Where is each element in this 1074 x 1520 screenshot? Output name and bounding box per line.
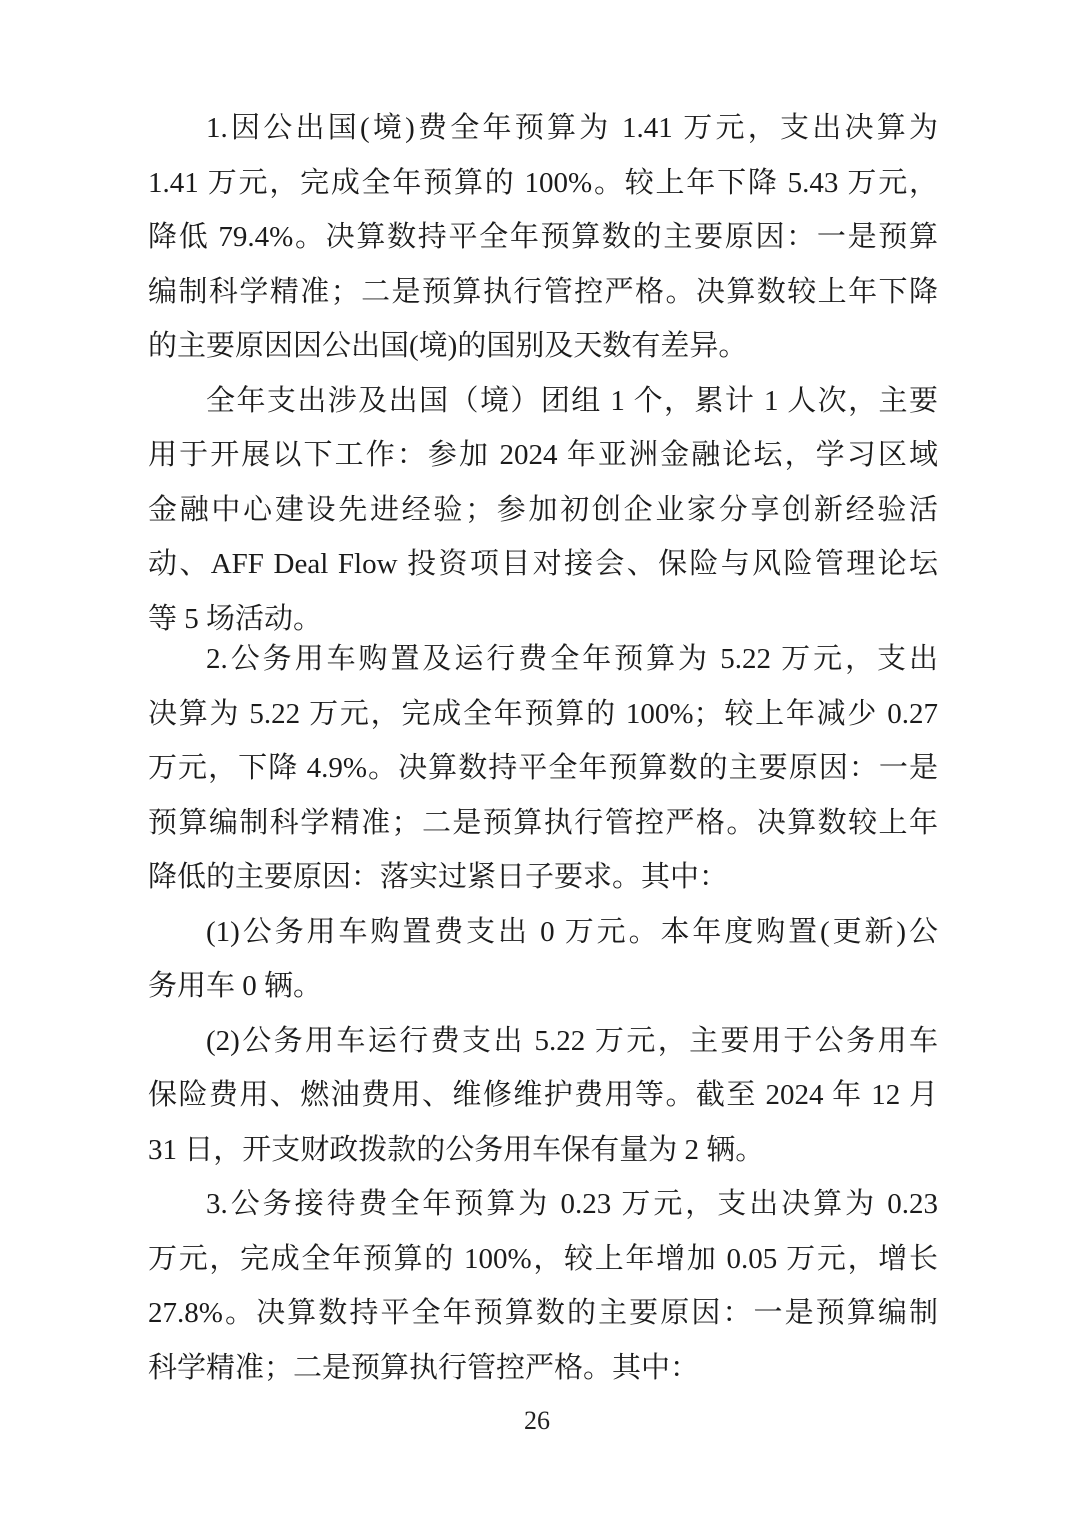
text-line: 保险费用、燃油费用、维修维护费用等。截至 2024 年 12 月 bbox=[148, 1068, 938, 1123]
paragraph: 2.公务用车购置及运行费全年预算为 5.22 万元，支出决算为 5.22 万元，… bbox=[148, 632, 938, 905]
text-line: 万元，下降 4.9%。决算数持平全年预算数的主要原因：一是 bbox=[148, 741, 938, 796]
text-line: 金融中心建设先进经验；参加初创企业家分享创新经验活 bbox=[148, 483, 938, 538]
text-line: (1)公务用车购置费支出 0 万元。本年度购置(更新)公 bbox=[148, 905, 938, 960]
text-line: 27.8%。决算数持平全年预算数的主要原因：一是预算编制 bbox=[148, 1286, 938, 1341]
paragraph: 3.公务接待费全年预算为 0.23 万元，支出决算为 0.23万元，完成全年预算… bbox=[148, 1177, 938, 1395]
text-line: 编制科学精准；二是预算执行管控严格。决算数较上年下降 bbox=[148, 265, 938, 320]
paragraph: (1)公务用车购置费支出 0 万元。本年度购置(更新)公务用车 0 辆。 bbox=[148, 905, 938, 1014]
text-line: 1.因公出国(境)费全年预算为 1.41 万元，支出决算为 bbox=[148, 101, 938, 156]
paragraph: 1.因公出国(境)费全年预算为 1.41 万元，支出决算为1.41 万元，完成全… bbox=[148, 101, 938, 374]
text-line: 动、AFF Deal Flow 投资项目对接会、保险与风险管理论坛 bbox=[148, 537, 938, 592]
text-line: 31 日，开支财政拨款的公务用车保有量为 2 辆。 bbox=[148, 1123, 938, 1178]
page-number: 26 bbox=[0, 1406, 1074, 1436]
text-line: 降低 79.4%。决算数持平全年预算数的主要原因：一是预算 bbox=[148, 210, 938, 265]
paragraph: (2)公务用车运行费支出 5.22 万元，主要用于公务用车保险费用、燃油费用、维… bbox=[148, 1014, 938, 1178]
text-line: 科学精准；二是预算执行管控严格。其中： bbox=[148, 1341, 938, 1396]
text-line: 用于开展以下工作：参加 2024 年亚洲金融论坛，学习区域 bbox=[148, 428, 938, 483]
paragraph: 全年支出涉及出国（境）团组 1 个，累计 1 人次，主要用于开展以下工作：参加 … bbox=[148, 374, 938, 647]
text-line: 万元，完成全年预算的 100%，较上年增加 0.05 万元，增长 bbox=[148, 1232, 938, 1287]
text-line: 3.公务接待费全年预算为 0.23 万元，支出决算为 0.23 bbox=[148, 1177, 938, 1232]
text-line: 全年支出涉及出国（境）团组 1 个，累计 1 人次，主要 bbox=[148, 374, 938, 429]
document-body: 1.因公出国(境)费全年预算为 1.41 万元，支出决算为1.41 万元，完成全… bbox=[148, 101, 938, 1395]
text-line: 预算编制科学精准；二是预算执行管控严格。决算数较上年 bbox=[148, 796, 938, 851]
text-line: 的主要原因因公出国(境)的国别及天数有差异。 bbox=[148, 319, 938, 374]
text-line: 1.41 万元，完成全年预算的 100%。较上年下降 5.43 万元， bbox=[148, 156, 938, 211]
text-line: 务用车 0 辆。 bbox=[148, 959, 938, 1014]
text-line: (2)公务用车运行费支出 5.22 万元，主要用于公务用车 bbox=[148, 1014, 938, 1069]
text-line: 降低的主要原因：落实过紧日子要求。其中： bbox=[148, 850, 938, 905]
text-line: 决算为 5.22 万元，完成全年预算的 100%；较上年减少 0.27 bbox=[148, 687, 938, 742]
text-line: 2.公务用车购置及运行费全年预算为 5.22 万元，支出 bbox=[148, 632, 938, 687]
